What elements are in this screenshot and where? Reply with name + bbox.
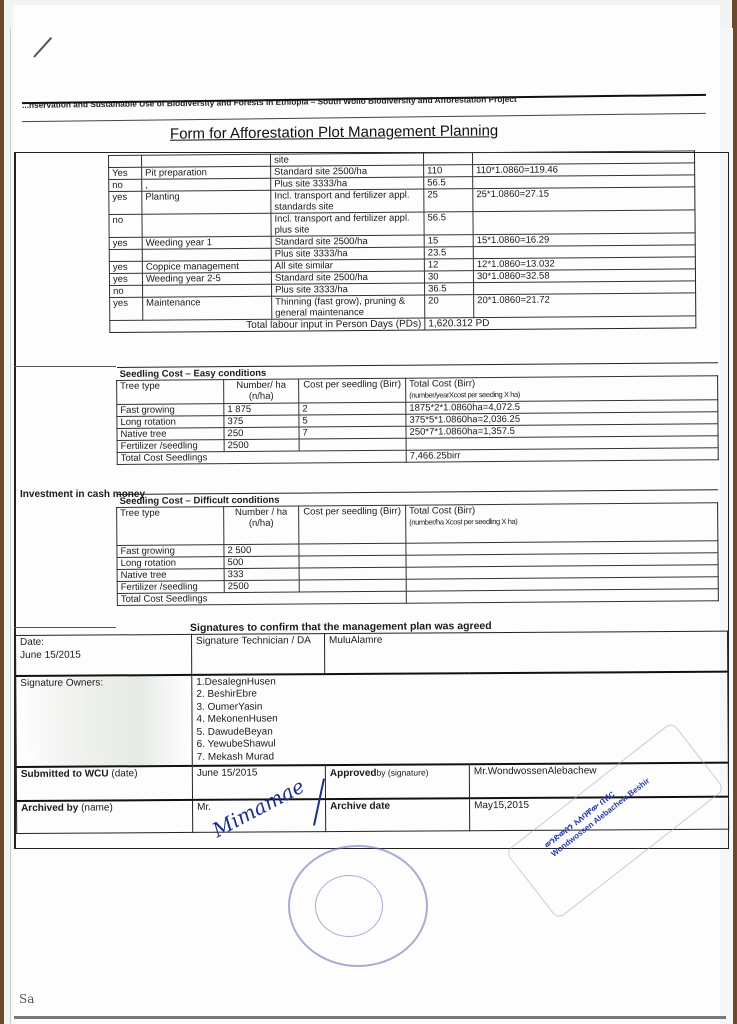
seedling-cost [299,543,406,556]
seedling-type: Fast growing [117,404,224,417]
seedling-type: Fast growing [117,545,224,558]
round-stamp [288,845,428,967]
labour-pd: 36.5 [425,283,474,295]
seedling-col-header: Total Cost (Birr)(number/ha Xcost per se… [406,503,718,543]
labour-table: siteYesPit preparationStandard site 2500… [108,150,696,333]
labour-calc: 25*1.0860=27.15 [473,187,695,212]
seedling-number: 2 500 [224,544,299,557]
seedling-cost [299,438,406,451]
section-divider [14,627,116,628]
labour-activity: Maintenance [143,296,272,320]
section-divider [14,366,116,367]
date-cell: Date: June 15/2015 [16,634,192,675]
date-label: Date: [20,636,187,650]
seedling-header-row: Tree typeNumber / ha (n/ha)Cost per seed… [117,503,718,546]
seedling-type: Fertilizer /seedling [117,440,224,453]
seedling-cost [299,567,406,580]
seedling-total-label: Total Cost Seedlings [117,591,406,605]
labour-total-label: Total labour input in Person Days (PDs) [110,318,425,332]
labour-flag [109,155,142,167]
seedling-col-header: Number/ ha (n/ha) [224,379,299,404]
archive-date-label: Archive date [326,798,470,831]
labour-activity [142,154,271,167]
labour-flag: no [109,179,142,191]
seedling-type: Fertilizer /seedling [117,581,224,594]
owners-label: Signature Owners: [16,674,193,767]
labour-site: Thinning (fast grow), pruning & general … [272,295,425,319]
page-bottom-edge [14,1016,726,1019]
labour-activity: Weeding year 2-5 [142,272,271,285]
date-value: June 15/2015 [20,648,187,662]
labour-activity: , [142,178,271,191]
technician-value: MuluAlamre [324,631,727,673]
labour-calc: 20*1.0860=21.72 [474,293,696,318]
corner-note: Sa [19,992,34,1006]
archived-label: Archived by (name) [17,800,193,833]
labour-pd: 25 [424,189,473,212]
labour-pd: 15 [424,235,473,247]
labour-site: Incl. transport and fertilizer appl. sta… [271,189,424,213]
seedling-number: 2500 [224,439,299,452]
seedling-cost-easy-table: Seedling Cost – Easy conditionsTree type… [116,362,719,465]
seedling-type: Long rotation [117,416,224,429]
seedling-cost [299,555,406,568]
labour-pd: 56.5 [424,177,473,189]
labour-activity: Pit preparation [142,166,271,179]
seedling-total-value: 7,466.25birr [406,448,718,462]
labour-activity: Coppice management [142,260,271,273]
seedling-type: Native tree [117,428,224,441]
seedling-col-header: Cost per seedling (Birr) [299,378,406,403]
seedling-number: 2500 [224,580,299,593]
labour-activity [142,248,271,261]
labour-pd: 23.5 [424,247,473,259]
labour-calc [473,210,695,235]
labour-flag: no [110,285,143,297]
labour-flag: yes [110,297,143,320]
seedling-type: Native tree [117,569,224,582]
labour-pd: 12 [424,259,473,271]
labour-pd: 110 [424,165,473,177]
labour-flag: Yes [109,167,142,179]
seedling-col-header: Number / ha (n/ha) [224,506,299,545]
labour-flag: yes [109,191,142,214]
labour-flag: yes [109,261,142,273]
seedling-type: Long rotation [117,557,224,570]
submitted-label: Submitted to WCU (date) [16,766,192,801]
labour-activity [143,284,272,297]
seedling-number: 500 [224,556,299,569]
labour-activity: Weeding year 1 [142,236,271,249]
labour-flag: yes [109,273,142,285]
seedling-number: 250 [224,427,299,440]
seedling-col-header: Tree type [117,380,224,405]
seedling-cost [299,579,406,592]
seedling-cost-difficult-table: Seedling Cost – Difficult conditionsTree… [116,489,719,606]
seedling-total-label: Total Cost Seedlings [117,450,406,464]
labour-total-value: 1,620.312 PD [425,316,696,330]
seedling-cost: 7 [299,426,406,439]
labour-pd [423,153,472,165]
labour-pd: 20 [425,295,474,318]
labour-flag: yes [109,237,142,249]
labour-activity [142,213,271,237]
seedling-col-header: Total Cost (Birr)(number/yearXcost per s… [406,376,718,402]
approved-label: Approvedby (signature) [325,764,469,799]
seedling-col-header: Cost per seedling (Birr) [299,505,406,544]
seedling-total-value [406,589,718,603]
labour-flag: no [109,214,142,237]
seedling-number: 1 875 [224,403,299,416]
labour-flag [109,249,142,261]
seedling-col-header: Tree type [117,507,224,546]
technician-label: Signature Technician / DA [191,634,324,675]
form-title: Form for Afforestation Plot Management P… [170,122,498,142]
seedling-cost: 5 [299,414,406,427]
labour-pd: 30 [424,271,473,283]
labour-site: Incl. transport and fertilizer appl. plu… [271,212,424,236]
seedling-number: 333 [224,568,299,581]
labour-activity: Planting [142,190,271,214]
seedling-number: 375 [224,415,299,428]
labour-pd: 56.5 [424,212,473,235]
seedling-cost: 2 [299,402,406,415]
